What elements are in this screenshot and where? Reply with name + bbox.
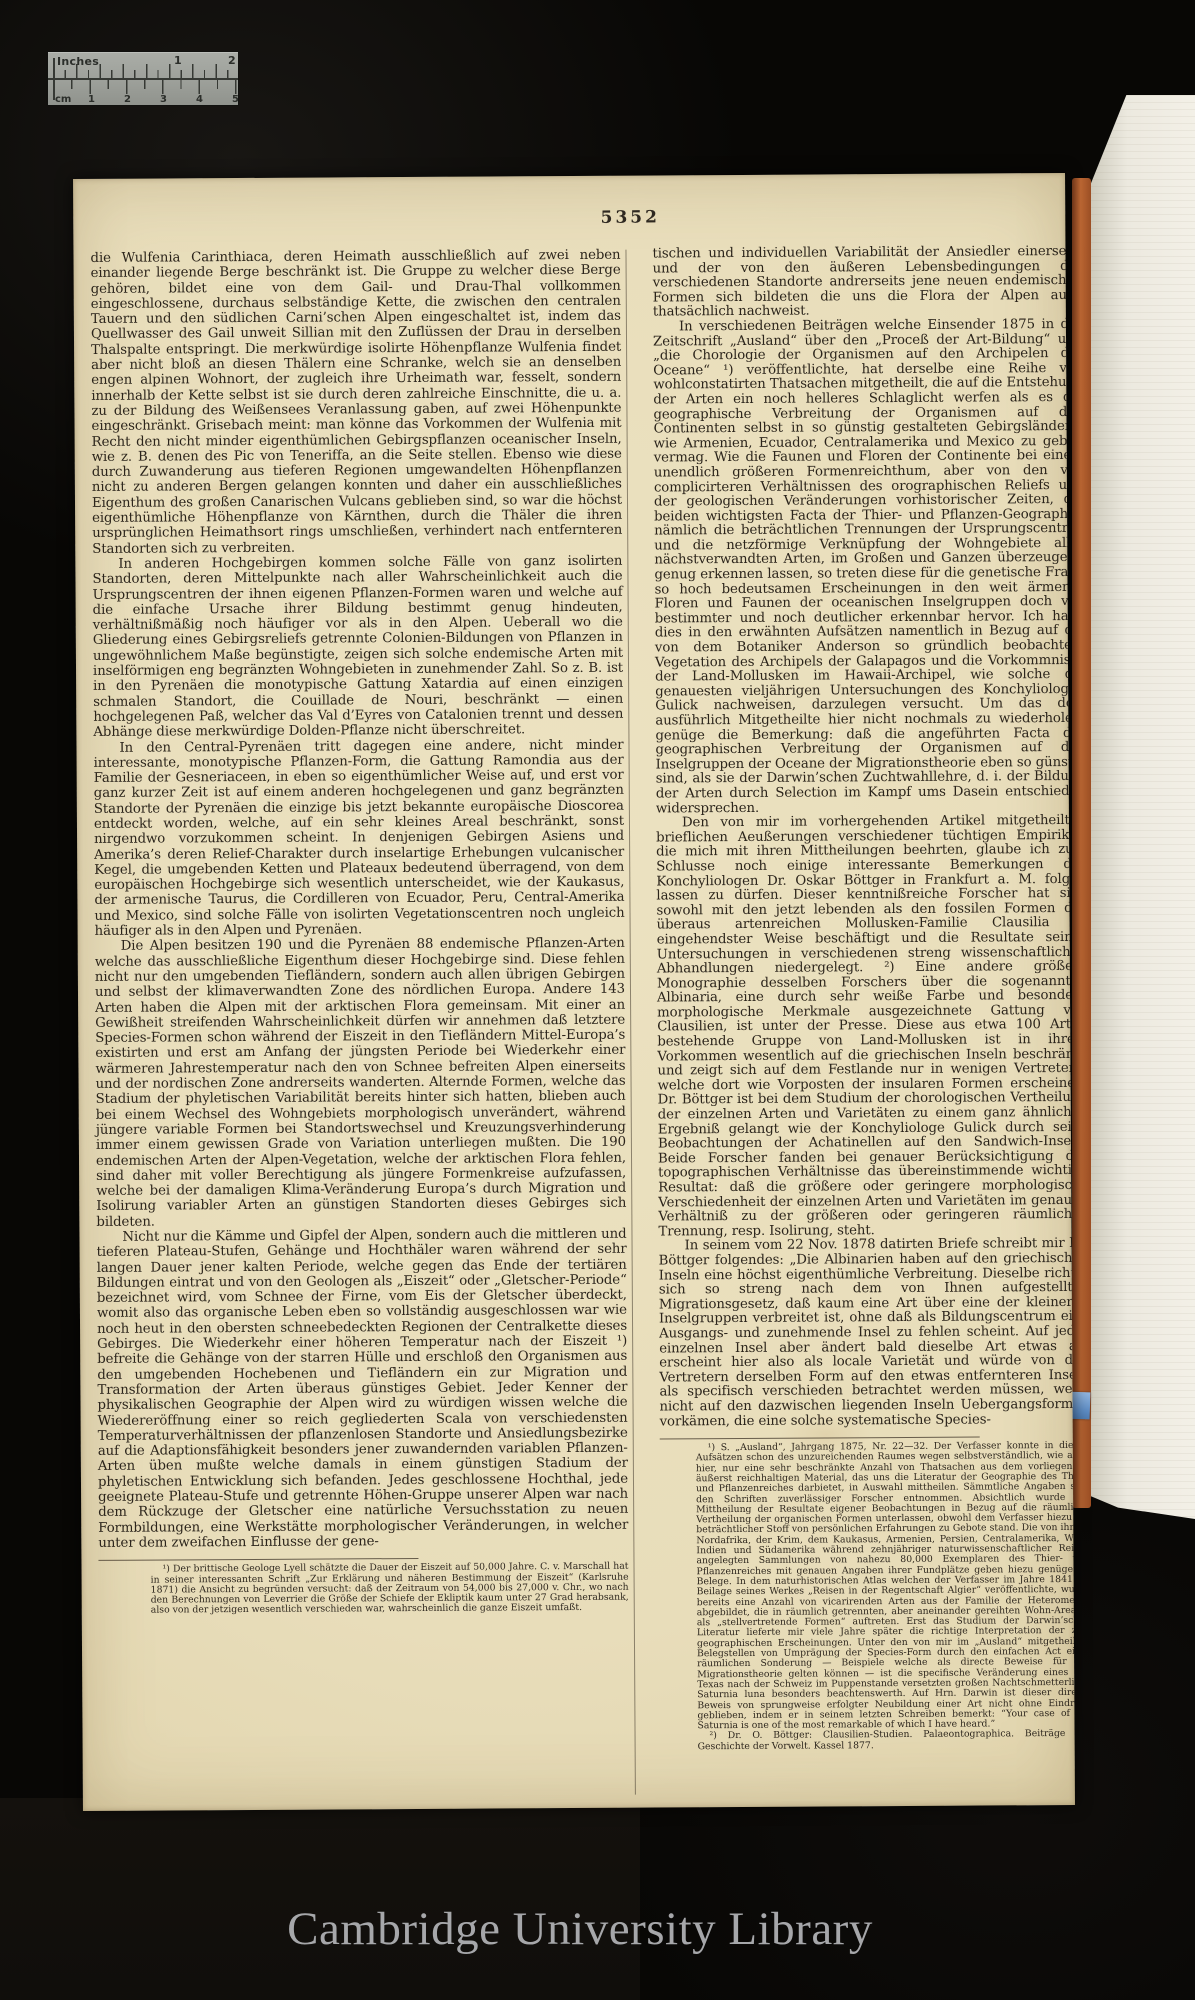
ruler-cm-number-3: 3	[160, 94, 167, 105]
left-column-footnotes: ¹) Der brittische Geologe Lyell schätzte…	[150, 1562, 628, 1616]
footnote: ¹) Der brittische Geologe Lyell schätzte…	[150, 1562, 628, 1616]
paragraph: In seinem vom 22 Nov. 1878 datirten Brie…	[659, 1237, 1075, 1429]
ruler-cm-label: cm	[55, 94, 71, 105]
ruler-cm-number-1: 1	[88, 94, 95, 105]
right-column: tischen und individuellen Variabilität d…	[652, 245, 1075, 1753]
paragraph: Den von mir im vorhergehenden Artikel mi…	[656, 814, 1075, 1240]
left-column-paragraphs: die Wulfenia Carinthiaca, deren Heimath …	[90, 248, 628, 1551]
right-column-paragraphs: tischen und individuellen Variabilität d…	[652, 245, 1075, 1430]
paragraph: tischen und individuellen Variabilität d…	[652, 245, 1075, 321]
ruler-cm-number-2: 2	[124, 94, 131, 105]
left-column: die Wulfenia Carinthiaca, deren Heimath …	[90, 248, 628, 1617]
paragraph: In anderen Hochgebirgen kommen solche Fä…	[92, 554, 623, 741]
text-block: die Wulfenia Carinthiaca, deren Heimath …	[90, 245, 1048, 251]
inch-ticks-large	[53, 64, 238, 78]
ruler-cm-number-4: 4	[196, 94, 203, 105]
book-edge-stain	[1072, 178, 1091, 1508]
photographed-book-scan: { "colors": { "backdrop": "#080705", "pa…	[0, 0, 1195, 2000]
paragraph: Nicht nur die Kämme und Gipfel der Alpen…	[96, 1227, 628, 1551]
ruler-cm-number-5: 5	[232, 94, 238, 105]
book-pages-edge	[1091, 95, 1195, 1519]
backdrop-felt-patch	[0, 1798, 640, 2000]
scanned-page: 5352 die Wulfenia Carinthiaca, deren Hei…	[73, 173, 1075, 1811]
footnote-rule	[98, 1558, 418, 1561]
footnote: ²) Dr. O. Böttger: Clausilien-Studien. P…	[698, 1729, 1075, 1752]
folio-number: 5352	[570, 207, 690, 228]
paragraph: In den Central-Pyrenäen tritt dagegen ei…	[93, 737, 624, 939]
footnote-rule	[660, 1437, 980, 1440]
paragraph: die Wulfenia Carinthiaca, deren Heimath …	[90, 248, 622, 557]
measuring-ruler: Inches 1 2 cm 1 2 3 4 5	[48, 52, 238, 105]
cm-ticks-large	[53, 80, 238, 94]
watermark-text: Cambridge University Library	[160, 1902, 1000, 1956]
footnote: ¹) S. „Ausland“, Jahrgang 1875, Nr. 22—3…	[696, 1441, 1075, 1732]
paragraph: Die Alpen besitzen 190 und die Pyrenäen …	[95, 936, 627, 1230]
paragraph: In verschiedenen Beiträgen welche Einsen…	[653, 318, 1075, 817]
right-column-footnotes: ¹) S. „Ausland“, Jahrgang 1875, Nr. 22—3…	[696, 1441, 1075, 1752]
